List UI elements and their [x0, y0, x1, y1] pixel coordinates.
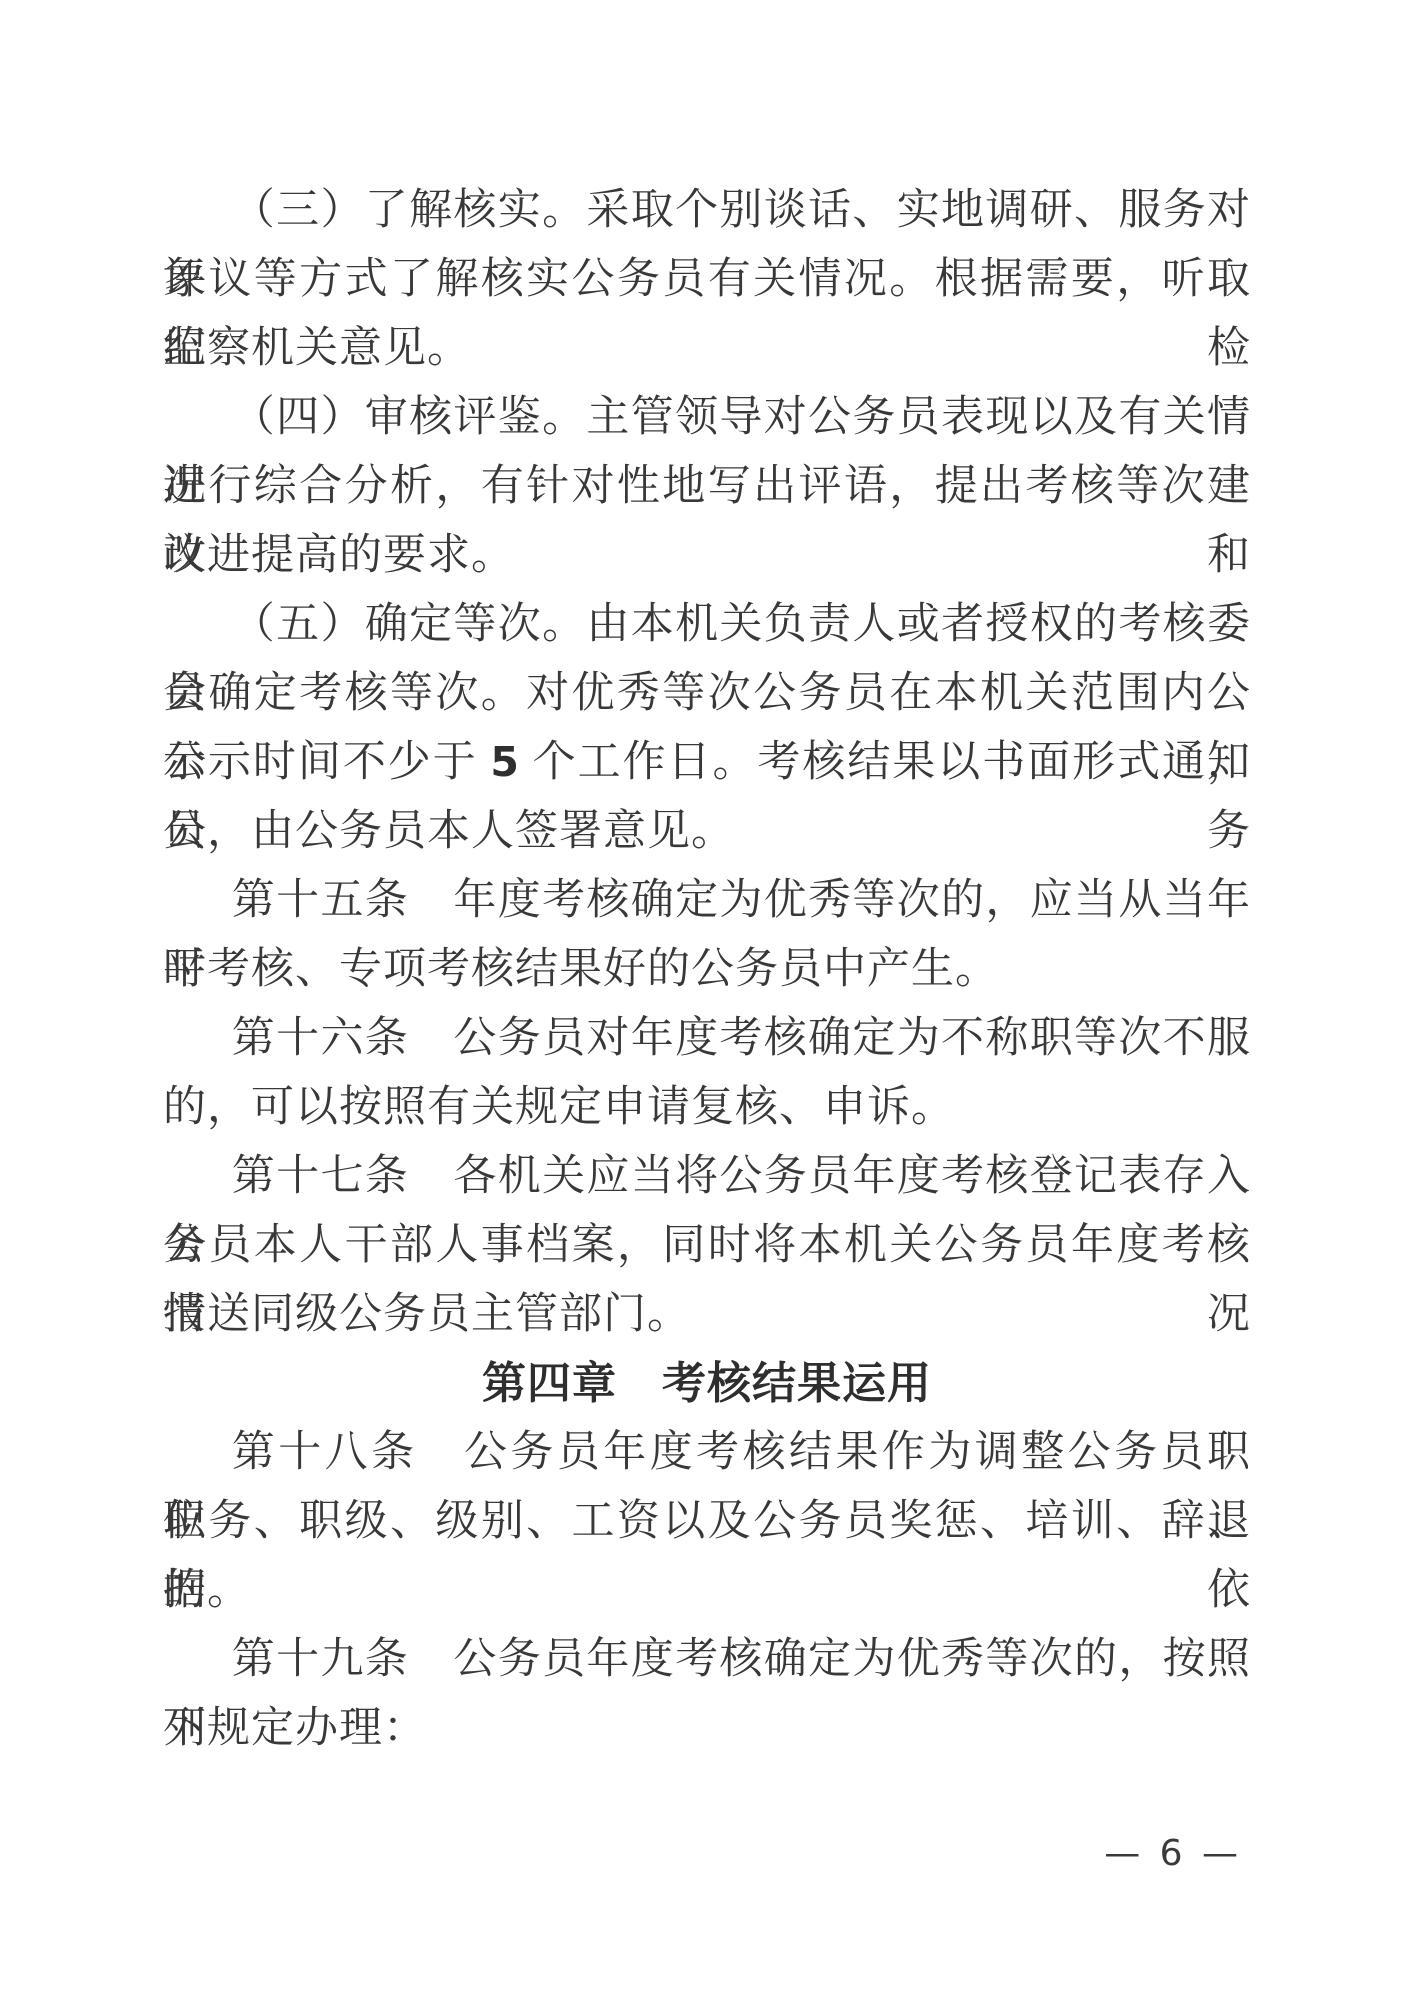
text-line: （三）了解核实。采取个别谈话、实地调研、服务对象 [163, 176, 1251, 245]
text-line: 时考核、专项考核结果好的公务员中产生。 [163, 935, 1251, 1004]
chapter-heading: 第四章 考核结果运用 [163, 1349, 1251, 1418]
text-segment: 公示时间不少于 [163, 739, 490, 786]
text-line: 务员本人干部人事档案，同时将本机关公务员年度考核情况 [163, 1211, 1251, 1280]
text-line: 评议等方式了解核实公务员有关情况。根据需要，听取纪检 [163, 245, 1251, 314]
page-number: — 6 — [1104, 1832, 1242, 1876]
text-line: 第十五条 年度考核确定为优秀等次的，应当从当年平 [163, 866, 1251, 935]
text-line: 的，可以按照有关规定申请复核、申诉。 [163, 1073, 1251, 1142]
text-line: （五）确定等次。由本机关负责人或者授权的考核委员 [163, 590, 1251, 659]
text-line: 进行综合分析，有针对性地写出评语，提出考核等次建议和 [163, 452, 1251, 521]
document-page: （三）了解核实。采取个别谈话、实地调研、服务对象 评议等方式了解核实公务员有关情… [0, 0, 1414, 2000]
text-line: 第十九条 公务员年度考核确定为优秀等次的，按照下 [163, 1625, 1251, 1694]
text-line: 第十七条 各机关应当将公务员年度考核登记表存入公 [163, 1142, 1251, 1211]
text-line: 会确定考核等次。对优秀等次公务员在本机关范围内公示， [163, 659, 1251, 728]
text-line: （四）审核评鉴。主管领导对公务员表现以及有关情况 [163, 383, 1251, 452]
text-line: 第十六条 公务员对年度考核确定为不称职等次不服 [163, 1004, 1251, 1073]
document-body: （三）了解核实。采取个别谈话、实地调研、服务对象 评议等方式了解核实公务员有关情… [163, 176, 1251, 1763]
text-line: 职务、职级、级别、工资以及公务员奖惩、培训、辞退的依 [163, 1487, 1251, 1556]
highlighted-number: 5 [490, 738, 520, 786]
text-line: 第十八条 公务员年度考核结果作为调整公务员职位、 [163, 1418, 1251, 1487]
text-line: 列规定办理： [163, 1694, 1251, 1763]
text-line: 公示时间不少于 5 个工作日。考核结果以书面形式通知公务 [163, 728, 1251, 797]
